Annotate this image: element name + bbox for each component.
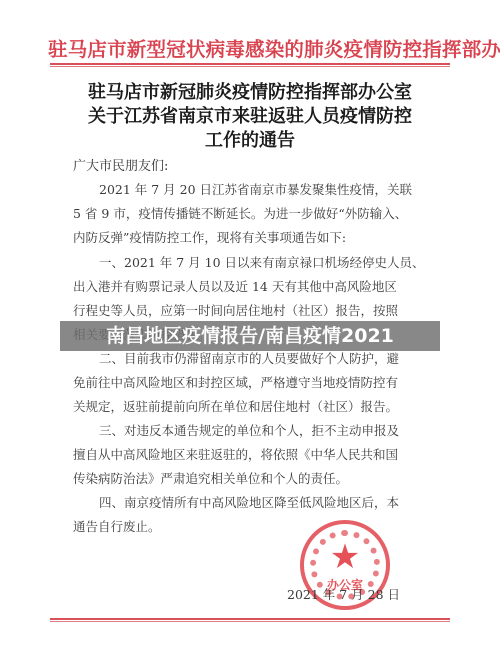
footer-divider	[50, 618, 450, 622]
paragraph-line: 出入港并有购票记录人员以及近 14 天有其他中高风险地区	[73, 275, 433, 299]
paragraph-line: 免前往中高风险地区和封控区域，严格遵守当地疫情防控有	[73, 371, 433, 395]
paragraph-line: 三、对违反本通告规定的单位和个人，拒不主动申报及	[73, 419, 433, 443]
paragraph-line: 5 省 9 市，疫情传播链不断延长。为进一步做好“外防输入、	[73, 202, 433, 226]
doc-title-line-1: 驻马店市新冠肺炎疫情防控指挥部办公室	[40, 82, 460, 104]
paragraph-line: 一、2021 年 7 月 10 日以来有南京禄口机场经停史人员、	[73, 251, 433, 275]
paragraph-line: 传染病防治法》严肃追究相关单位和个人的责任。	[73, 467, 433, 491]
paragraph-line: 内防反弹”疫情防控工作，现将有关事项通告如下:	[73, 226, 433, 250]
star-icon: ★	[304, 540, 386, 574]
doc-title-line-2: 关于江苏省南京市来驻返驻人员疫情防控	[40, 106, 460, 128]
paragraph-line: 关规定，返驻前提前向所在单位和居住地村（社区）报告。	[73, 395, 433, 419]
header-divider	[50, 63, 450, 67]
salutation: 广大市民朋友们:	[73, 155, 168, 174]
doc-title-line-3: 工作的通告	[40, 130, 460, 152]
paragraph-line: 行程史等人员，应第一时间向居住地村（社区）报告，按照	[73, 299, 433, 323]
paragraph-item-3: 三、对违反本通告规定的单位和个人，拒不主动申报及 擅自从中高风险地区来驻返驻的，…	[73, 419, 433, 491]
paragraph-intro: 2021 年 7 月 20 日江苏省南京市暴发聚集性疫情，关联 5 省 9 市，…	[73, 178, 433, 250]
signature-date: 2021 年 7 月 28 日	[287, 585, 400, 603]
paragraph-item-4: 四、南京疫情所有中高风险地区降至低风险地区后，本 通告自行废止。	[73, 491, 433, 539]
caption-banner: 南昌地区疫情报告/南昌疫情2021	[60, 321, 440, 351]
header-organization: 驻马店市新型冠状病毒感染的肺炎疫情防控指挥部办公室	[48, 34, 452, 62]
paragraph-line: 2021 年 7 月 20 日江苏省南京市暴发聚集性疫情，关联	[73, 178, 433, 202]
paragraph-item-2: 二、目前我市仍滞留南京市的人员要做好个人防护，避 免前往中高风险地区和封控区域，…	[73, 347, 433, 419]
paragraph-line: 擅自从中高风险地区来驻返驻的，将依照《中华人民共和国	[73, 443, 433, 467]
paragraph-line: 四、南京疫情所有中高风险地区降至低风险地区后，本	[73, 491, 433, 515]
